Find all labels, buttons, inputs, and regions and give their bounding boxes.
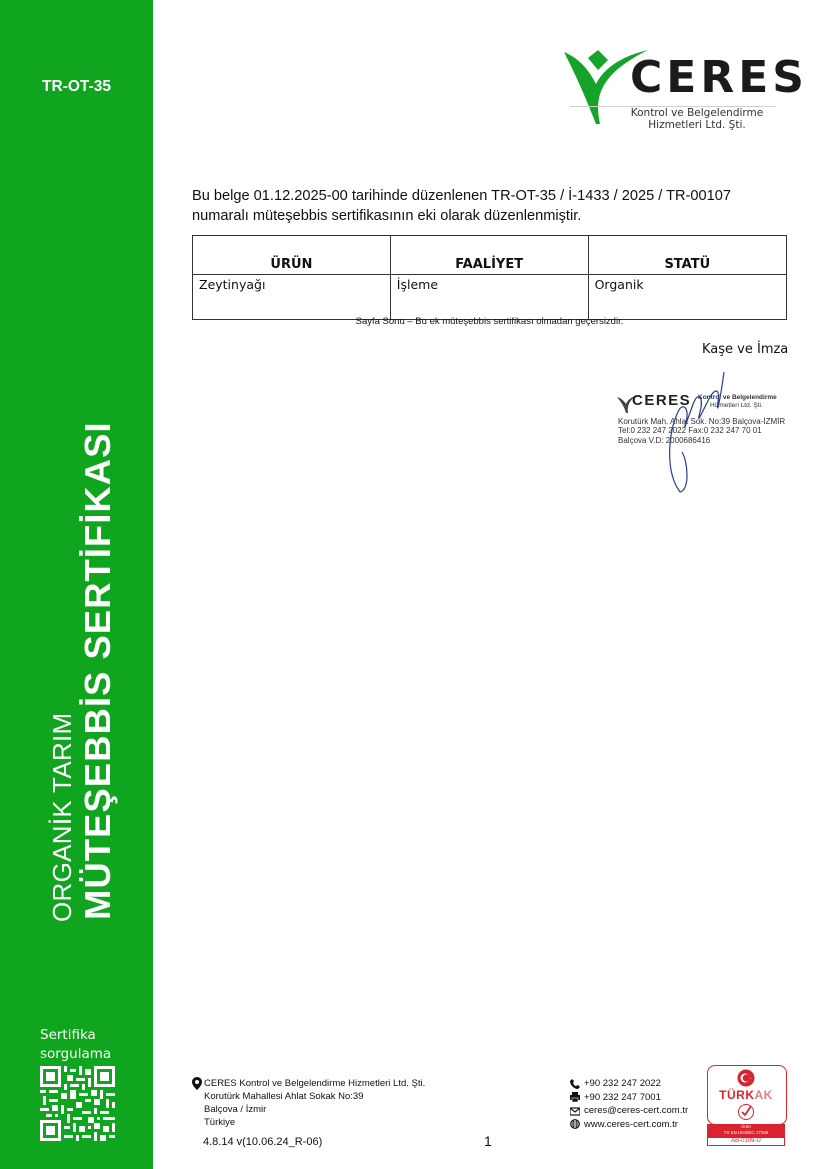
column-header-activity: FAALİYET [390, 236, 588, 275]
column-header-status: STATÜ [588, 236, 786, 275]
email-icon [570, 1106, 580, 1116]
footer-address: CERES Kontrol ve Belgelendirme Hizmetler… [192, 1077, 425, 1129]
document-version: 4.8.14 v(10.06.24_R-06) [203, 1136, 322, 1148]
phone-icon [570, 1079, 580, 1089]
sidebar: TR-OT-35 ORGANİK TARIM MÜTEŞEBBİS SERTİF… [0, 0, 153, 1169]
company-stamp: CERES Kontrol ve Belgelendirme Hizmetler… [610, 362, 790, 497]
cell-product: Zeytinyağı [193, 275, 391, 320]
certificate-code: TR-OT-35 [0, 78, 153, 96]
footer-contacts: +90 232 247 2022 +90 232 247 7001 ceres@… [570, 1077, 688, 1131]
intro-statement: Bu belge 01.12.2025-00 tarihinde düzenle… [192, 186, 792, 226]
turkak-name-left: TÜRK [719, 1088, 754, 1102]
turkak-standard: Ürün TS EN ISO/IEC 17065 [707, 1124, 785, 1137]
intro-line-1: Bu belge 01.12.2025-00 tarihinde düzenle… [192, 186, 792, 206]
turkak-standard-line-2: TS EN ISO/IEC 17065 [707, 1130, 785, 1136]
footer-country: Türkiye [192, 1116, 425, 1129]
page-end-note: Sayfa Sonu – Bu ek müteşebbis sertifikas… [192, 316, 787, 327]
query-label-line-2: sorgulama [40, 1045, 111, 1064]
ceres-logo: CERES Kontrol ve Belgelendirme Hizmetler… [562, 44, 776, 130]
signature-icon [610, 362, 790, 497]
query-label-line-1: Sertifika [40, 1026, 111, 1045]
turkish-flag-icon [737, 1069, 755, 1087]
footer-city: Balçova / İzmir [192, 1103, 425, 1116]
intro-line-2: numaralı müteşebbis sertifikasının eki o… [192, 206, 792, 226]
turkak-code: AB-0109-U [707, 1137, 785, 1146]
contact-website: www.ceres-cert.com.tr [570, 1118, 688, 1132]
turkak-accreditation-badge: TÜRKAK Ürün TS EN ISO/IEC 17065 AB-0109-… [706, 1065, 786, 1145]
sidebar-title: MÜTEŞEBBİS SERTİFİKASI [77, 421, 119, 920]
table-header-row: ÜRÜN FAALİYET STATÜ [193, 236, 787, 275]
contact-phone: +90 232 247 2022 [570, 1077, 688, 1091]
logo-subtitle-line-1: Kontrol ve Belgelendirme [622, 107, 772, 119]
footer-company: CERES Kontrol ve Belgelendirme Hizmetler… [192, 1077, 425, 1090]
website-link[interactable]: www.ceres-cert.com.tr [584, 1118, 678, 1132]
contact-fax: +90 232 247 7001 [570, 1091, 688, 1105]
certificate-query-label: Sertifika sorgulama [40, 1026, 111, 1064]
cell-activity: İşleme [390, 275, 588, 320]
logo-wordmark: CERES [630, 52, 808, 103]
cell-status: Organik [588, 275, 786, 320]
globe-icon [570, 1119, 580, 1129]
table-row: Zeytinyağı İşleme Organik [193, 275, 787, 320]
email-link[interactable]: ceres@ceres-cert.com.tr [584, 1104, 688, 1118]
logo-subtitle-line-2: Hizmetleri Ltd. Şti. [622, 119, 772, 131]
footer-street: Korutürk Mahallesi Ahlat Sokak No:39 [192, 1090, 425, 1103]
contact-email: ceres@ceres-cert.com.tr [570, 1104, 688, 1118]
fax-number: +90 232 247 7001 [584, 1091, 661, 1105]
qr-code-icon[interactable] [40, 1066, 115, 1141]
logo-subtitle: Kontrol ve Belgelendirme Hizmetleri Ltd.… [622, 107, 772, 131]
stamp-signature-label: Kaşe ve İmza [702, 342, 788, 357]
checkmark-icon [737, 1103, 755, 1121]
product-table: ÜRÜN FAALİYET STATÜ Zeytinyağı İşleme Or… [192, 235, 787, 320]
page-number: 1 [484, 1133, 492, 1149]
phone-number[interactable]: +90 232 247 2022 [584, 1077, 661, 1091]
location-pin-icon [192, 1077, 202, 1090]
turkak-name: TÜRKAK [706, 1088, 786, 1102]
column-header-product: ÜRÜN [193, 236, 391, 275]
fax-icon [570, 1092, 580, 1102]
sidebar-subtitle: ORGANİK TARIM [47, 712, 78, 922]
turkak-name-right: AK [754, 1088, 772, 1102]
